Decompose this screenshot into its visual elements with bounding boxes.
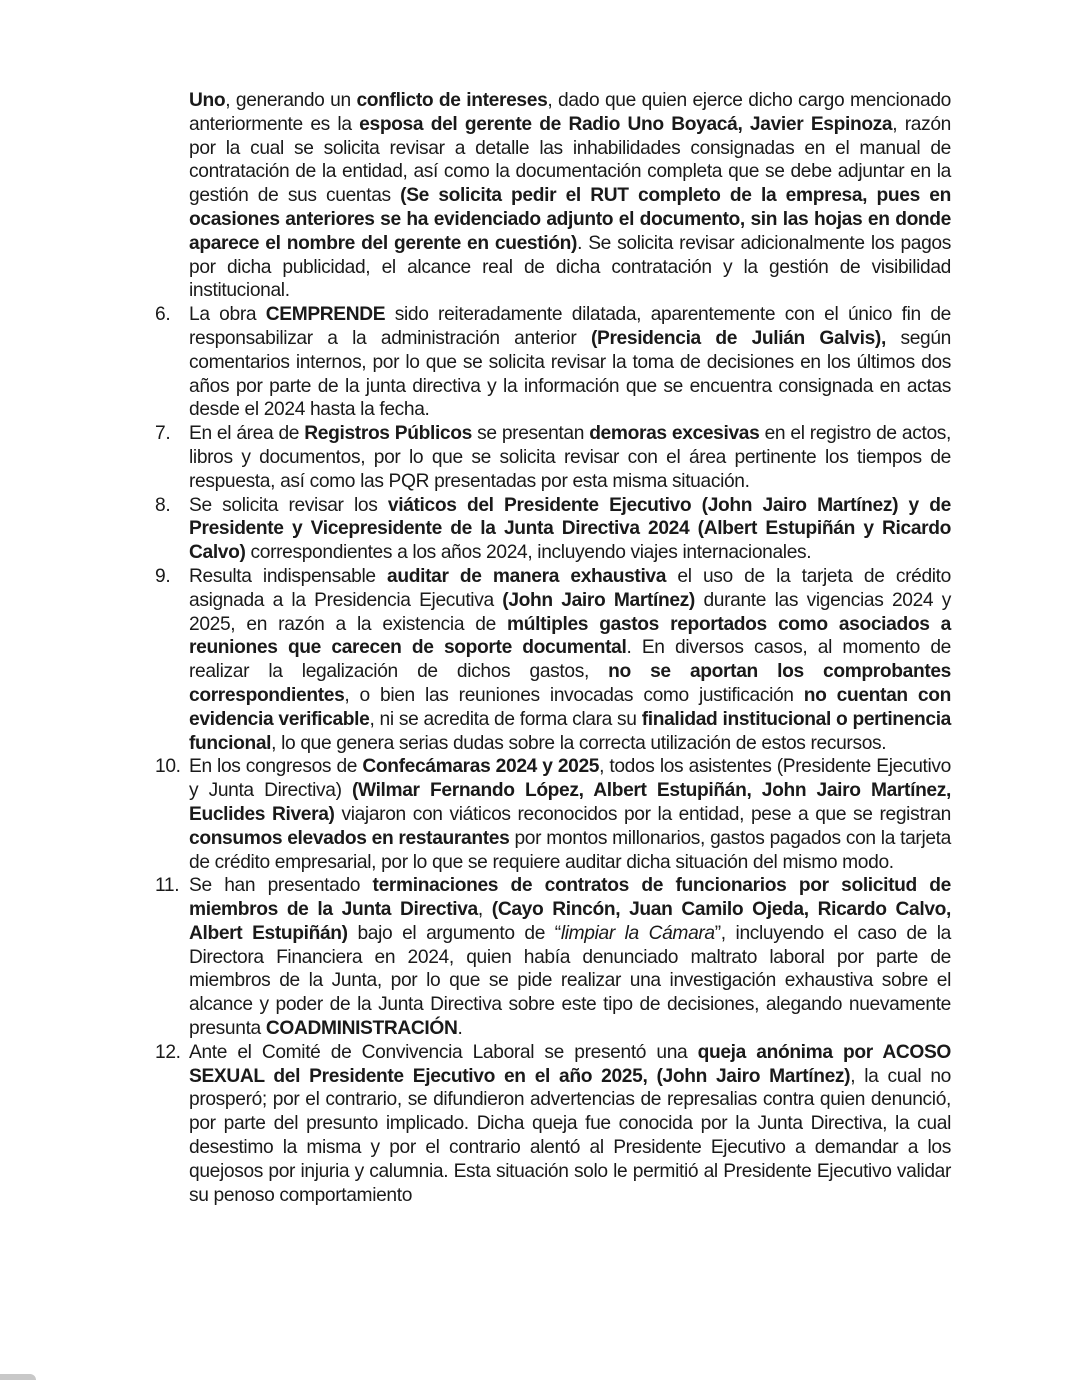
bold-text: consumos elevados en restaurantes [189,828,509,849]
list-number: 12. [155,1041,189,1065]
list-number: 8. [155,494,189,518]
bold-text: COADMINISTRACIÓN [266,1018,458,1039]
bold-text: Uno [189,90,225,111]
body-text: viajaron con viáticos reconocidos por la… [335,804,951,825]
body-text: , generando un [225,90,356,111]
bold-text: auditar de manera exhaustiva [387,566,666,587]
body-text: bajo el argumento de “ [348,923,561,944]
bold-text: (John Jairo Martínez) [502,590,695,611]
continued-paragraph: Uno, generando un conflicto de intereses… [155,89,951,303]
list-item: 12.Ante el Comité de Convivencia Laboral… [155,1041,951,1208]
list-number: 7. [155,422,189,446]
body-text: Se solicita revisar los [189,495,388,516]
body-text: , [478,899,492,920]
body-text: En el área de [189,423,304,444]
bold-text: Registros Públicos [304,423,472,444]
bold-text: Confecámaras 2024 y 2025 [362,756,599,777]
bold-text: conflicto de intereses [356,90,547,111]
body-text: se presentan [472,423,589,444]
document-page: Uno, generando un conflicto de intereses… [0,0,1080,1380]
list-number: 11. [155,874,189,898]
body-text: . [457,1018,462,1039]
list-number: 6. [155,303,189,327]
body-text: Resulta indispensable [189,566,387,587]
body-text: correspondientes a los años 2024, incluy… [246,542,812,563]
italic-text: limpiar la Cámara [561,923,715,944]
body-text: , ni se acredita de forma clara su [369,709,641,730]
bold-text: CEMPRENDE [266,304,385,325]
bold-text: demoras excesivas [589,423,759,444]
document-body: Uno, generando un conflicto de intereses… [155,89,951,1207]
bold-text: (Presidencia de Julián Galvis), [591,328,886,349]
bold-text: esposa del gerente de Radio Uno Boyacá, … [359,114,892,135]
list-number: 9. [155,565,189,589]
body-text: , lo que genera serias dudas sobre la co… [271,733,886,754]
body-text: Ante el Comité de Convivencia Laboral se… [189,1042,698,1063]
list-number: 10. [155,755,189,779]
list-item: 9.Resulta indispensable auditar de maner… [155,565,951,755]
scroll-indicator[interactable] [0,1374,36,1380]
list-item: 10.En los congresos de Confecámaras 2024… [155,755,951,874]
list-item: 8.Se solicita revisar los viáticos del P… [155,494,951,565]
body-text: , o bien las reuniones invocadas como ju… [344,685,803,706]
body-text: Se han presentado [189,875,373,896]
body-text: En los congresos de [189,756,362,777]
list-item: 7.En el área de Registros Públicos se pr… [155,422,951,493]
body-text: La obra [189,304,266,325]
list-item: 6.La obra CEMPRENDE sido reiteradamente … [155,303,951,422]
list-item: 11.Se han presentado terminaciones de co… [155,874,951,1041]
